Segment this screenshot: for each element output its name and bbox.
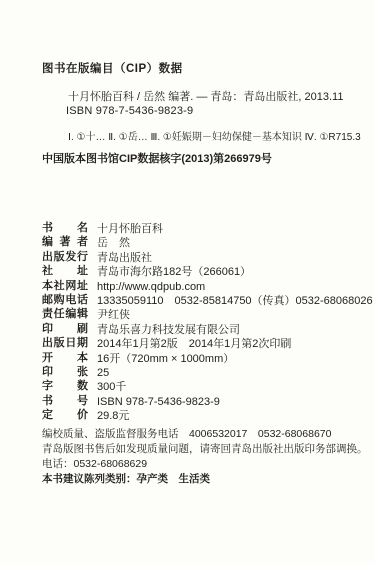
info-row-label: 出版日期 xyxy=(42,336,88,350)
info-row-label: 书号 xyxy=(42,394,88,408)
cip-isbn-line: ISBN 978-7-5436-9823-9 xyxy=(66,105,193,117)
info-row-value: 13335059110 0532-85814750（传真）0532-680680… xyxy=(97,295,373,307)
info-row-label: 印张 xyxy=(42,365,88,379)
info-row-value: 300千 xyxy=(97,381,126,393)
info-row-label: 字数 xyxy=(42,379,88,393)
cip-number-line: 中国版本图书馆CIP数据核字(2013)第266979号 xyxy=(42,150,272,166)
shelf-category-line: 本书建议陈列类别：孕产类 生活类 xyxy=(42,472,368,487)
cip-header: 图书在版编目（CIP）数据 xyxy=(42,60,183,76)
info-row-value: 青岛乐喜力科技发展有限公司 xyxy=(97,324,240,336)
info-row-label: 本社网址 xyxy=(42,279,88,293)
info-row-label: 出版发行 xyxy=(42,250,88,264)
info-row-label: 开本 xyxy=(42,351,88,365)
footer-notes: 编校质量、盗版监督服务电话 4006532017 0532-68068670 青… xyxy=(42,427,368,487)
info-row-word-count: 字数300千 xyxy=(42,379,373,393)
cip-title-line: 十月怀胎百科 / 岳然 编著. — 青岛：青岛出版社, 2013.11 xyxy=(68,88,343,104)
info-row-website: 本社网址http://www.qdpub.com xyxy=(42,279,373,293)
info-row-label: 责任编辑 xyxy=(42,307,88,321)
info-row-value: ISBN 978-7-5436-9823-9 xyxy=(97,396,220,408)
info-row-value: 2014年1月第2版 2014年1月第2次印刷 xyxy=(97,338,291,350)
cip-classification-line: Ⅰ. ①十… Ⅱ. ①岳… Ⅲ. ①妊娠期－妇幼保健－基本知识 Ⅳ. ①R715… xyxy=(68,128,361,143)
info-row-value: 尹红侠 xyxy=(97,309,130,321)
info-row-author: 编著者岳 然 xyxy=(42,235,373,249)
info-row-value: 青岛出版社 xyxy=(97,252,152,264)
info-row-format: 开本16开（720mm × 1000mm） xyxy=(42,351,373,365)
return-notice-line: 青岛版图书售后如发现质量问题，请寄回青岛出版社出版印务部调换。 xyxy=(42,442,368,457)
publication-info-table: 书名十月怀胎百科 编著者岳 然 出版发行青岛出版社 社址青岛市海尔路182号（2… xyxy=(42,221,373,422)
info-row-editor: 责任编辑尹红侠 xyxy=(42,307,373,321)
info-row-publisher: 出版发行青岛出版社 xyxy=(42,250,373,264)
info-row-label: 印刷 xyxy=(42,322,88,336)
info-row-value: 16开（720mm × 1000mm） xyxy=(97,353,234,365)
info-row-value: 岳 然 xyxy=(97,237,130,249)
phone-line: 电话：0532-68068629 xyxy=(42,457,368,472)
info-row-isbn: 书号ISBN 978-7-5436-9823-9 xyxy=(42,394,373,408)
info-row-value: 青岛市海尔路182号（266061） xyxy=(97,266,251,278)
info-row-price: 定价29.8元 xyxy=(42,408,373,422)
info-row-address: 社址青岛市海尔路182号（266061） xyxy=(42,264,373,278)
info-row-sheets: 印张25 xyxy=(42,365,373,379)
info-row-label: 社址 xyxy=(42,264,88,278)
info-row-mail-order-phone: 邮购电话13335059110 0532-85814750（传真）0532-68… xyxy=(42,293,373,307)
info-row-label: 邮购电话 xyxy=(42,293,88,307)
quality-hotline-line: 编校质量、盗版监督服务电话 4006532017 0532-68068670 xyxy=(42,427,368,442)
info-row-label: 编著者 xyxy=(42,235,88,249)
info-row-value: 29.8元 xyxy=(97,410,129,422)
info-row-value: 十月怀胎百科 xyxy=(97,223,163,235)
info-row-label: 书名 xyxy=(42,221,88,235)
info-row-value: http://www.qdpub.com xyxy=(97,281,205,293)
copyright-page: 图书在版编目（CIP）数据 十月怀胎百科 / 岳然 编著. — 青岛：青岛出版社… xyxy=(0,0,375,565)
info-row-value: 25 xyxy=(97,367,109,379)
info-row-printer: 印刷青岛乐喜力科技发展有限公司 xyxy=(42,322,373,336)
info-row-publish-date: 出版日期2014年1月第2版 2014年1月第2次印刷 xyxy=(42,336,373,350)
info-row-book-title: 书名十月怀胎百科 xyxy=(42,221,373,235)
info-row-label: 定价 xyxy=(42,408,88,422)
